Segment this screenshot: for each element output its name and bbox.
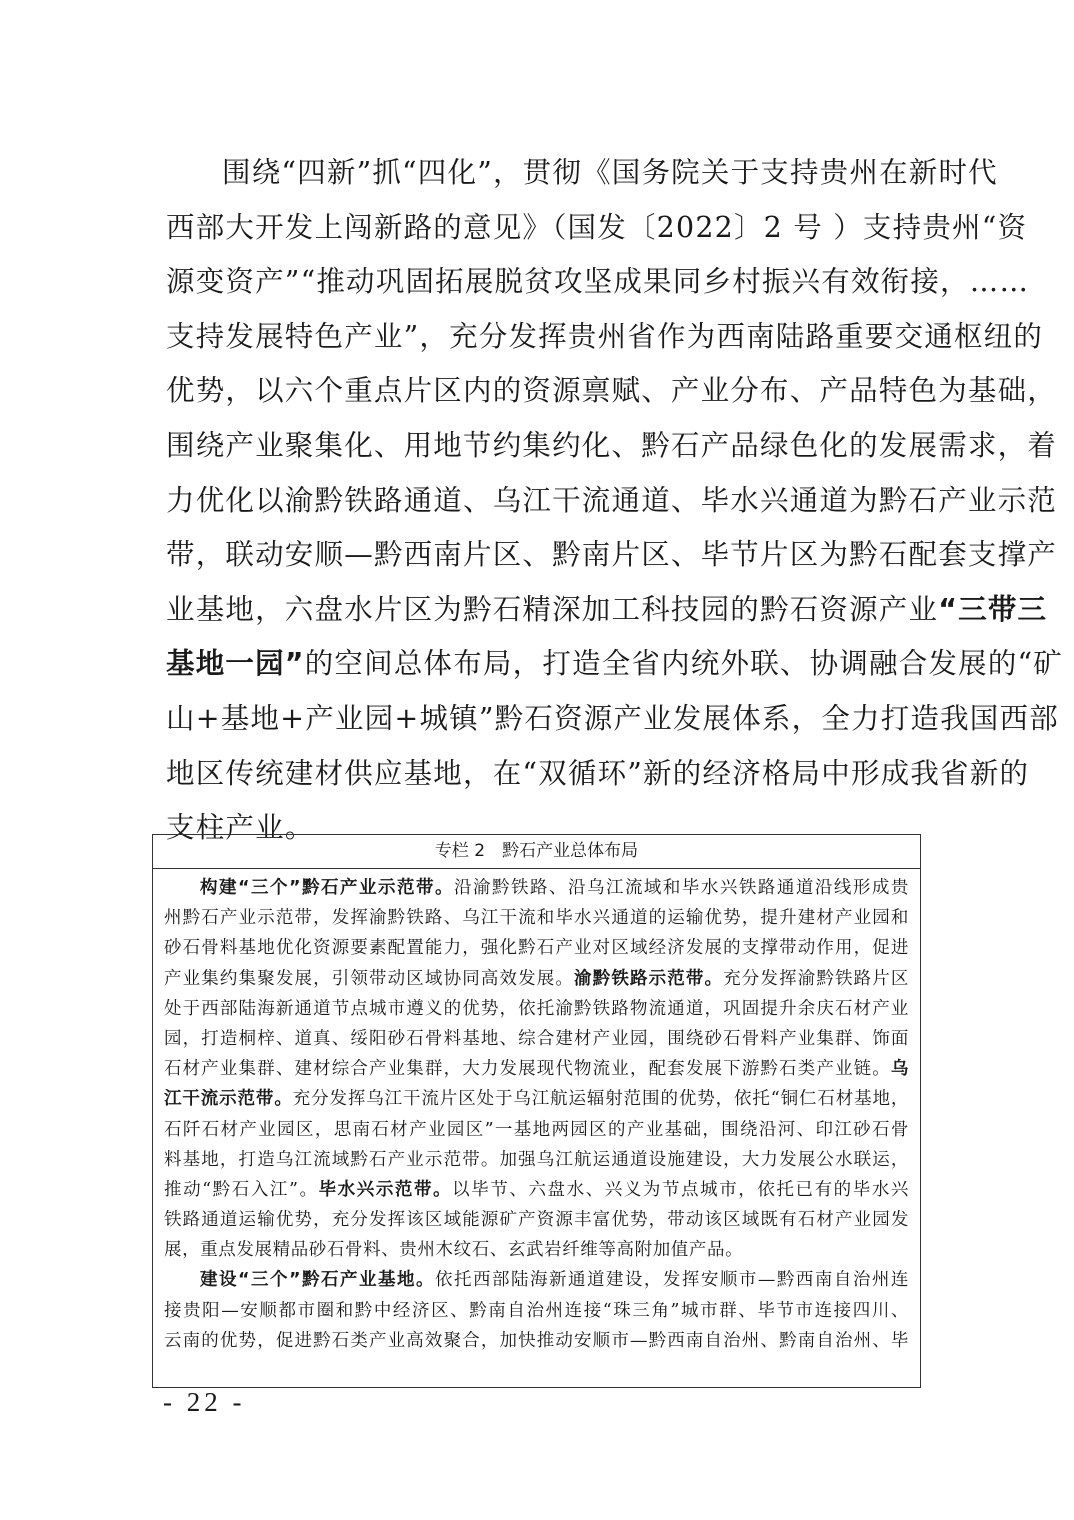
heading-inline: 渝黔铁路示范带。 — [574, 969, 723, 989]
column-box-line: 园，打造桐梓、道真、绥阳砂石骨料基地、综合建材产业园，围绕砂石骨料产业集群、饰面 — [164, 1024, 909, 1054]
column-box-line: 铁路通道运输优势，充分发挥该区域能源矿产资源丰富优势，带动该区域既有石材产业园发 — [164, 1205, 909, 1235]
column-box-line: 构建“三个”黔石产业示范带。沿渝黔铁路、沿乌江流域和毕水兴铁路通道沿线形成贵 — [164, 873, 909, 903]
column-box-line: 州黔石产业示范带，发挥渝黔铁路、乌江干流和毕水兴通道的运输优势，提升建材产业园和 — [164, 903, 909, 933]
column-box-line: 展，重点发展精品砂石骨料、贵州木纹石、玄武岩纤维等高附加值产品。 — [164, 1235, 909, 1265]
line-text: 的空间总体布局，打造全省内统外联、协调融合发展的“矿 — [305, 647, 1063, 680]
column-box-line: 石阡石材产业园区，思南石材产业园区”一基地两园区的产业基础，围绕沿河、印江砂石骨 — [164, 1115, 909, 1145]
column-box: 专栏 2 黔石产业总体布局 构建“三个”黔石产业示范带。沿渝黔铁路、沿乌江流域和… — [152, 834, 921, 1388]
emphasis-text: 基地一园” — [166, 647, 305, 680]
column-box-line: 料基地，打造乌江流域黔石产业示范带。加强乌江航运通道设施建设，大力发展公水联运， — [164, 1145, 909, 1175]
paragraph-line: 西部大开发上闯新路的意见》（国发〔2022〕2 号 ）支持贵州“资 — [166, 201, 912, 256]
column-box-line: 石材产业集群、建材综合产业集群，大力发展现代物流业，配套发展下游黔石类产业链。乌 — [164, 1054, 909, 1084]
line-text: 沿渝黔铁路、沿乌江流域和毕水兴铁路通道沿线形成贵 — [454, 878, 909, 898]
line-text: 推动“黔石入江”。 — [164, 1180, 319, 1200]
column-box-line: 推动“黔石入江”。毕水兴示范带。以毕节、六盘水、兴义为节点城市，依托已有的毕水兴 — [164, 1175, 909, 1205]
heading-inline: 构建“三个”黔石产业示范带。 — [200, 878, 454, 898]
line-text: 以毕节、六盘水、兴义为节点城市，依托已有的毕水兴 — [452, 1180, 909, 1200]
column-box-title: 专栏 2 黔石产业总体布局 — [153, 835, 920, 869]
line-text: 园，打造桐梓、道真、绥阳砂石骨料基地、综合建材产业园，围绕砂石骨料产业集群、饰面 — [164, 1029, 909, 1049]
paragraph-line: 支持发展特色产业”，充分发挥贵州省作为西南陆路重要交通枢纽的 — [166, 310, 912, 365]
paragraph-line: 源变资产”“推动巩固拓展脱贫攻坚成果同乡村振兴有效衔接，…… — [166, 255, 912, 310]
line-text: 料基地，打造乌江流域黔石产业示范带。加强乌江航运通道设施建设，大力发展公水联运， — [164, 1150, 909, 1170]
line-text: 展，重点发展精品砂石骨料、贵州木纹石、玄武岩纤维等高附加值产品。 — [164, 1240, 743, 1260]
paragraph-line: 力优化以渝黔铁路通道、乌江干流通道、毕水兴通道为黔石产业示范 — [166, 474, 912, 529]
heading-inline: 江干流示范带。 — [164, 1089, 293, 1109]
column-box-line: 云南的优势，促进黔石类产业高效聚合，加快推动安顺市—黔西南自治州、黔南自治州、毕 — [164, 1326, 909, 1356]
paragraph-line: 地区传统建材供应基地，在“双循环”新的经济格局中形成我省新的 — [166, 747, 912, 802]
paragraph-line: 基地一园”的空间总体布局，打造全省内统外联、协调融合发展的“矿 — [166, 637, 912, 692]
column-box-line: 接贵阳—安顺都市圈和黔中经济区、黔南自治州连接“珠三角”城市群、毕节市连接四川、 — [164, 1296, 909, 1326]
line-text: 处于西部陆海新通道节点城市遵义的优势，依托渝黔铁路物流通道，巩固提升余庆石材产业 — [164, 999, 909, 1019]
paragraph-line: 山+基地+产业园+城镇”黔石资源产业发展体系，全力打造我国西部 — [166, 692, 912, 747]
line-text: 石阡石材产业园区，思南石材产业园区”一基地两园区的产业基础，围绕沿河、印江砂石骨 — [164, 1120, 909, 1140]
heading-inline: 毕水兴示范带。 — [319, 1180, 453, 1200]
column-box-line: 江干流示范带。充分发挥乌江干流片区处于乌江航运辐射范围的优势，依托“铜仁石材基地… — [164, 1084, 909, 1114]
column-box-line: 砂石骨料基地优化资源要素配置能力，强化黔石产业对区域经济发展的支撑带动作用，促进 — [164, 933, 909, 963]
paragraph-line: 围绕产业聚集化、用地节约集约化、黔石产品绿色化的发展需求，着 — [166, 419, 912, 474]
line-text: 云南的优势，促进黔石类产业高效聚合，加快推动安顺市—黔西南自治州、黔南自治州、毕 — [164, 1331, 909, 1351]
emphasis-text: “三带三 — [938, 593, 1047, 626]
column-box-body: 构建“三个”黔石产业示范带。沿渝黔铁路、沿乌江流域和毕水兴铁路通道沿线形成贵州黔… — [153, 869, 920, 1356]
heading-inline: 乌 — [891, 1059, 909, 1079]
line-text: 石材产业集群、建材综合产业集群，大力发展现代物流业，配套发展下游黔石类产业链。 — [164, 1059, 891, 1079]
line-text: 铁路通道运输优势，充分发挥该区域能源矿产资源丰富优势，带动该区域既有石材产业园发 — [164, 1210, 909, 1230]
heading-inline: 建设“三个”黔石产业基地。 — [200, 1270, 435, 1290]
paragraph-line: 业基地，六盘水片区为黔石精深加工科技园的黔石资源产业“三带三 — [166, 583, 912, 638]
column-box-line: 建设“三个”黔石产业基地。依托西部陆海新通道建设，发挥安顺市—黔西南自治州连 — [164, 1265, 909, 1295]
line-text: 州黔石产业示范带，发挥渝黔铁路、乌江干流和毕水兴通道的运输优势，提升建材产业园和 — [164, 908, 909, 928]
line-text: 充分发挥乌江干流片区处于乌江航运辐射范围的优势，依托“铜仁石材基地， — [293, 1089, 909, 1109]
column-box-line: 处于西部陆海新通道节点城市遵义的优势，依托渝黔铁路物流通道，巩固提升余庆石材产业 — [164, 994, 909, 1024]
line-text: 产业集约集聚发展，引领带动区域协同高效发展。 — [164, 969, 574, 989]
line-text: 业基地，六盘水片区为黔石精深加工科技园的黔石资源产业 — [166, 593, 938, 626]
page-number: - 22 - — [163, 1387, 245, 1418]
paragraph-line: 优势，以六个重点片区内的资源禀赋、产业分布、产品特色为基础， — [166, 364, 912, 419]
column-box-line: 产业集约集聚发展，引领带动区域协同高效发展。渝黔铁路示范带。充分发挥渝黔铁路片区 — [164, 964, 909, 994]
line-text: 充分发挥渝黔铁路片区 — [723, 969, 909, 989]
main-paragraph: 围绕“四新”抓“四化”，贯彻《国务院关于支持贵州在新时代 西部大开发上闯新路的意… — [166, 146, 912, 856]
line-text: 依托西部陆海新通道建设，发挥安顺市—黔西南自治州连 — [435, 1270, 909, 1290]
paragraph-line: 围绕“四新”抓“四化”，贯彻《国务院关于支持贵州在新时代 — [166, 146, 912, 201]
line-text: 砂石骨料基地优化资源要素配置能力，强化黔石产业对区域经济发展的支撑带动作用，促进 — [164, 938, 909, 958]
paragraph-line: 带，联动安顺—黔西南片区、黔南片区、毕节片区为黔石配套支撑产 — [166, 528, 912, 583]
line-text: 接贵阳—安顺都市圈和黔中经济区、黔南自治州连接“珠三角”城市群、毕节市连接四川、 — [164, 1301, 909, 1321]
